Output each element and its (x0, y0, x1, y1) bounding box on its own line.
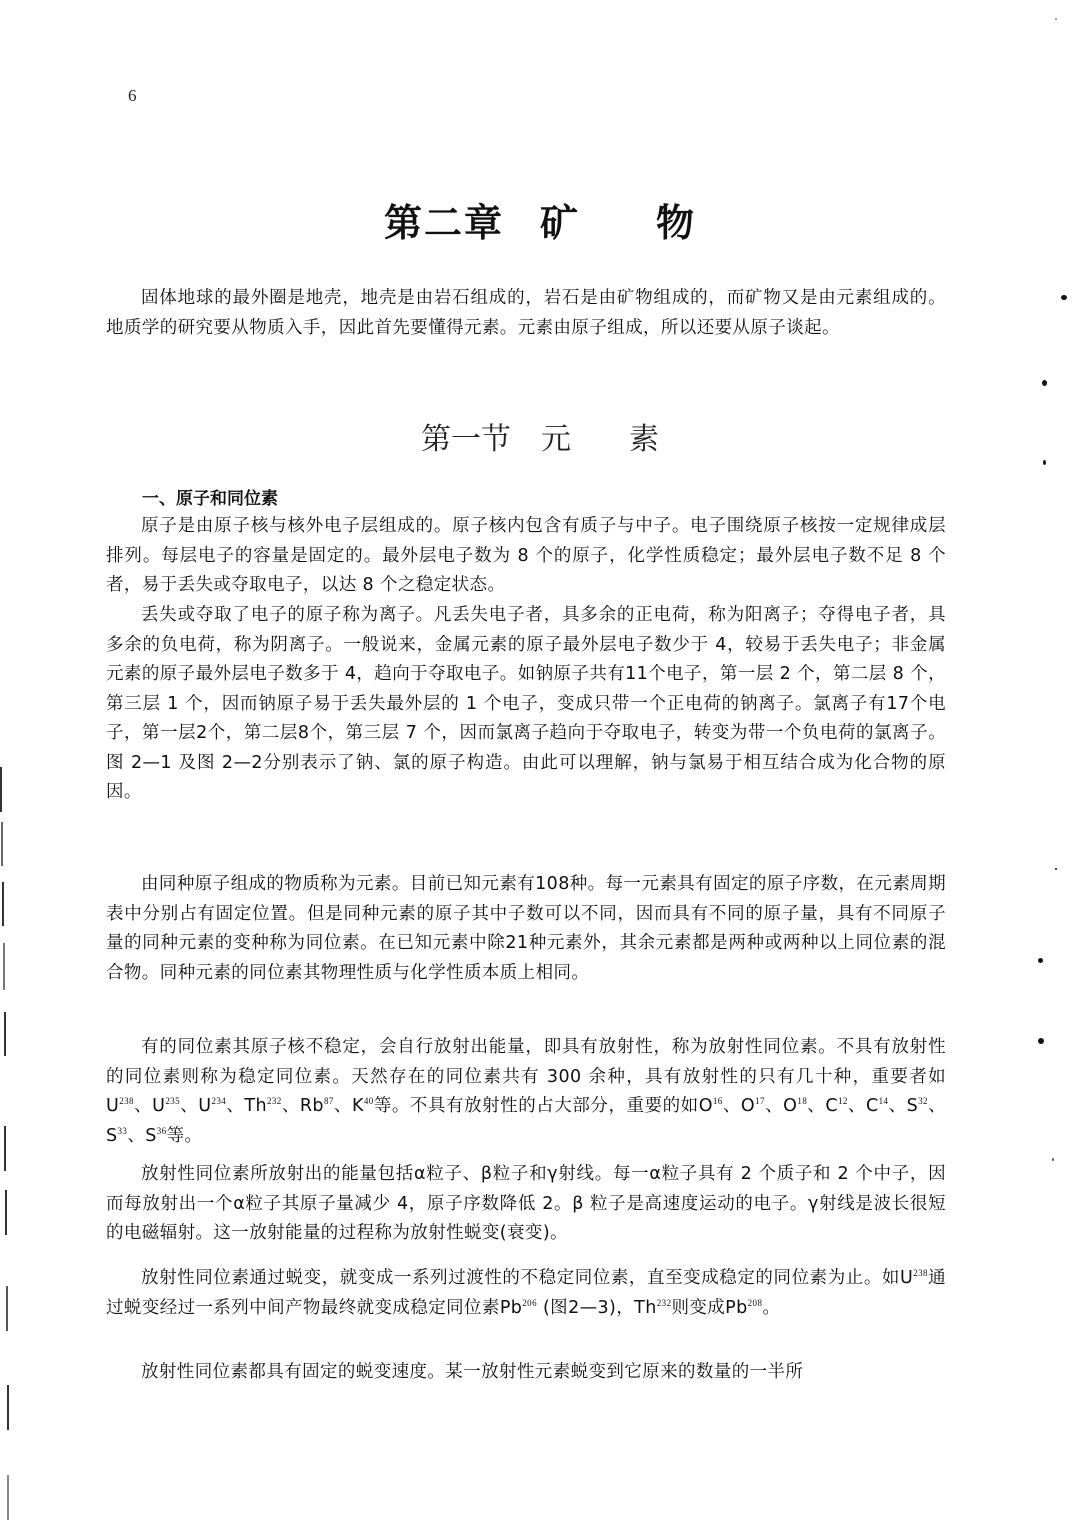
paragraph-ions: 丢失或夺取了电子的原子称为离子。凡丢失电子者，具多余的正电荷，称为阳离子；夺得电… (106, 601, 946, 808)
scan-edge-line (6, 1286, 8, 1331)
isotope: Th232 (244, 1096, 281, 1116)
scan-edge-line (3, 943, 5, 990)
isotope: U238 (900, 1268, 928, 1288)
isotope: U234 (198, 1096, 226, 1116)
chapter-title-number: 第二章 (384, 201, 504, 245)
chapter-title-word-1: 矿 (540, 201, 580, 245)
scan-speck (1043, 460, 1046, 465)
isotope: C12 (825, 1096, 847, 1116)
isotope: S32 (907, 1096, 928, 1116)
isotope: Rb87 (300, 1096, 334, 1116)
section-title: 第一节元素 (0, 414, 1080, 458)
scan-speck (1052, 1158, 1054, 1161)
isotope: C14 (866, 1096, 888, 1116)
isotope: O18 (783, 1096, 807, 1116)
intro-paragraph: 固体地球的最外圈是地壳，地壳是由岩石组成的，岩石是由矿物组成的，而矿物又是由元素… (106, 284, 946, 343)
chapter-title: 第二章矿物 (0, 192, 1080, 247)
paragraph-atom-structure: 原子是由原子核与核外电子层组成的。原子核内包含有质子与中子。电子围绕原子核按一定… (106, 512, 946, 601)
paragraph-decay-rate: 放射性同位素都具有固定的蜕变速度。某一放射性元素蜕变到它原来的数量的一半所 (106, 1358, 946, 1388)
text-segment: 放射性同位素通过蜕变，就变成一系列过渡性的不稳定同位素，直至变成稳定的同位素为止… (141, 1268, 900, 1288)
scan-edge-line (7, 1385, 9, 1430)
isotope: O17 (741, 1096, 765, 1116)
scan-edge-line (7, 1475, 9, 1520)
scan-speck (1042, 380, 1047, 386)
isotope: Pb206 (500, 1298, 537, 1318)
scan-edge-line (4, 1126, 6, 1171)
isotope: Th232 (634, 1298, 671, 1318)
scan-edge-line (5, 1190, 7, 1235)
scan-speck (1055, 18, 1057, 20)
isotope: S36 (145, 1126, 166, 1146)
isotope: S33 (106, 1126, 127, 1146)
isotope: K40 (352, 1096, 374, 1116)
scan-edge-line (0, 767, 2, 812)
text-segment: 有的同位素其原子核不稳定，会自行放射出能量，即具有放射性，称为放射性同位素。不具… (106, 1037, 946, 1087)
subheading-atoms-isotopes: 一、原子和同位素 (142, 484, 278, 509)
text-segment: 等。不具有放射性的占大部分，重要的如 (374, 1096, 699, 1116)
scan-speck (1038, 1038, 1044, 1044)
section-title-word-1: 元 (541, 422, 571, 457)
figure-reference: (图2—3)， (537, 1298, 634, 1318)
paragraph-decay-particles: 放射性同位素所放射出的能量包括α粒子、β粒子和γ射线。每一α粒子具有 2 个质子… (106, 1160, 946, 1249)
text-segment: 等。 (167, 1126, 203, 1146)
scan-speck (1038, 958, 1043, 963)
paragraph-decay-series: 放射性同位素通过蜕变，就变成一系列过渡性的不稳定同位素，直至变成稳定的同位素为止… (106, 1264, 946, 1323)
text-segment: 则变成 (671, 1298, 725, 1318)
scan-edge-line (4, 1012, 6, 1056)
isotope: Pb208 (725, 1298, 762, 1318)
isotope: O16 (699, 1096, 723, 1116)
scan-speck (1055, 868, 1057, 870)
paragraph-radioactive-isotopes: 有的同位素其原子核不稳定，会自行放射出能量，即具有放射性，称为放射性同位素。不具… (106, 1033, 946, 1151)
scan-speck (1061, 295, 1067, 300)
text-segment: 。 (762, 1298, 780, 1318)
section-title-word-2: 素 (629, 422, 659, 457)
chapter-title-word-2: 物 (656, 201, 696, 245)
paragraph-elements: 由同种原子组成的物质称为元素。目前已知元素有108种。每一元素具有固定的原子序数… (106, 870, 946, 988)
section-title-number: 第一节 (421, 422, 511, 457)
scan-edge-line (2, 882, 4, 926)
scan-edge-line (1, 822, 3, 866)
isotope: U238 (106, 1096, 134, 1116)
isotope: U235 (152, 1096, 180, 1116)
page-number: 6 (128, 86, 137, 106)
